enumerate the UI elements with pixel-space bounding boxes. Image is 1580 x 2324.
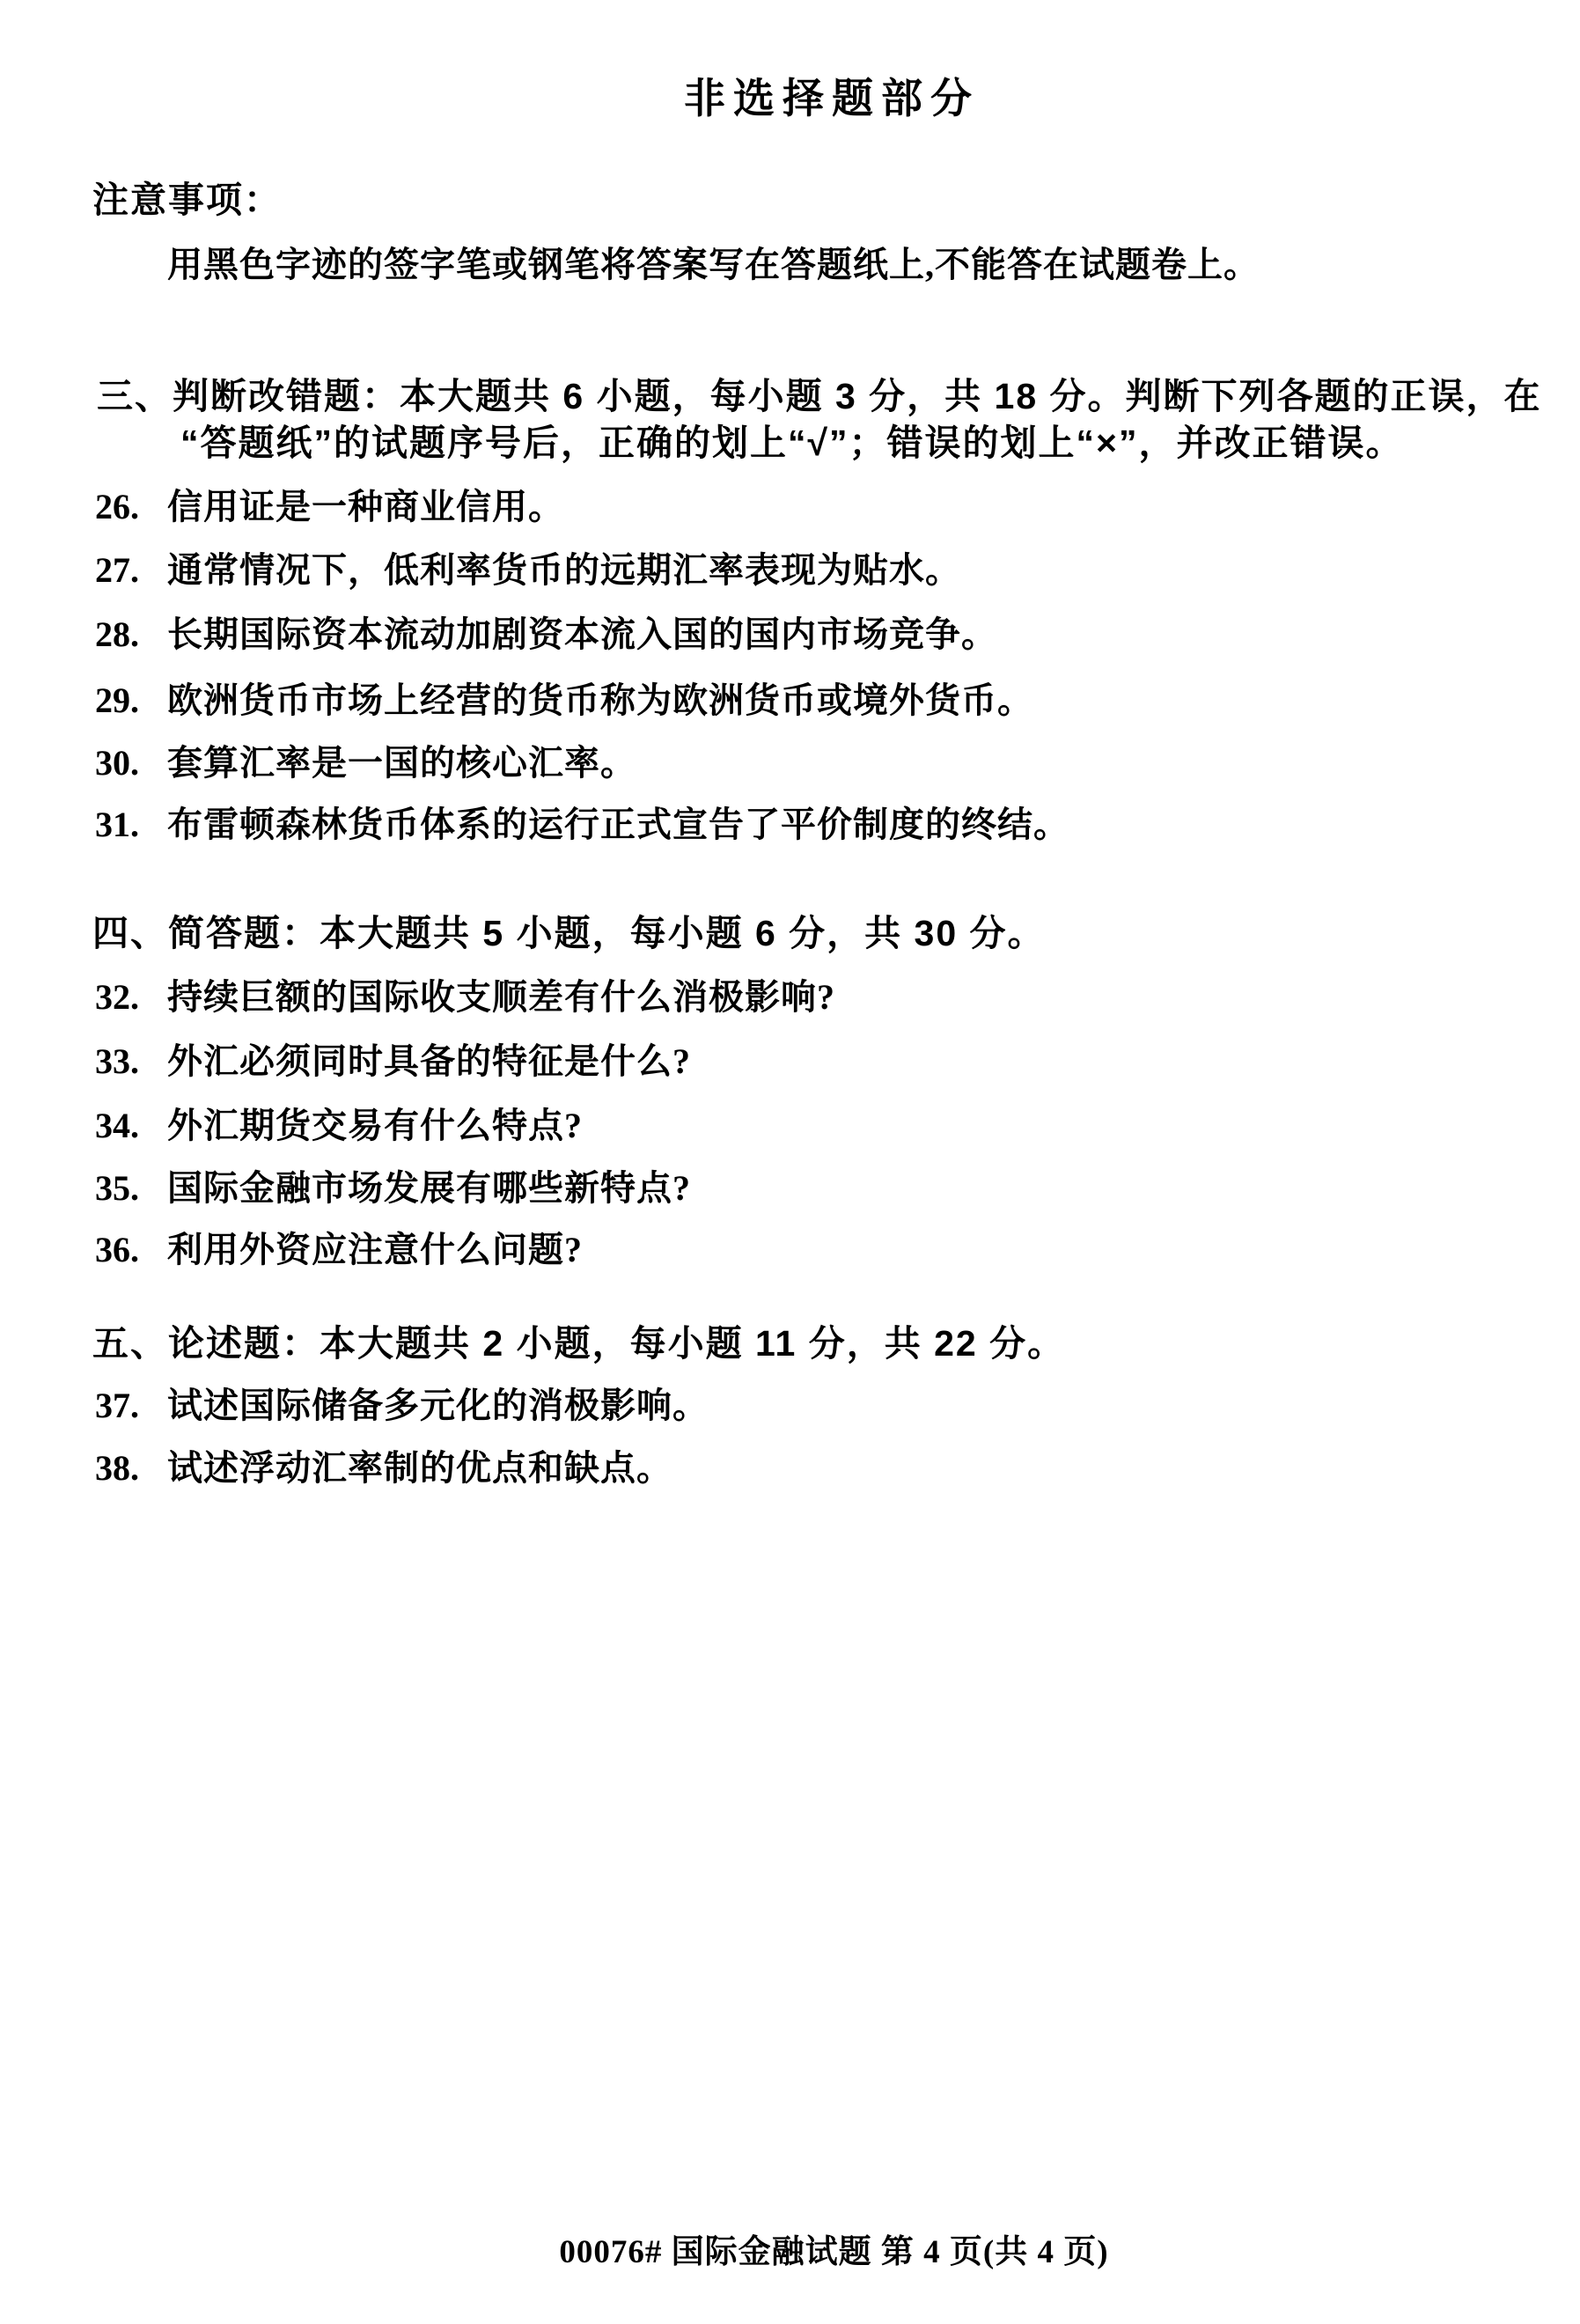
question-text: 试述国际储备多元化的消极影响。: [167, 1386, 709, 1425]
question-row: 26.信用证是一种商业信用。: [95, 489, 564, 525]
question-text: 利用外资应注意什么问题?: [167, 1230, 583, 1269]
question-text: 通常情况下，低利率货币的远期汇率表现为贴水。: [167, 550, 961, 590]
question-row: 27.通常情况下，低利率货币的远期汇率表现为贴水。: [95, 553, 961, 588]
question-row: 30.套算汇率是一国的核心汇率。: [95, 746, 636, 781]
question-row: 33.外汇必须同时具备的特征是什么?: [95, 1044, 691, 1079]
notice-text: 用黑色字迹的签字笔或钢笔将答案写在答题纸上,不能答在试题卷上。: [167, 247, 1260, 283]
question-number: 38.: [95, 1451, 167, 1486]
question-row: 35.国际金融市场发展有哪些新特点?: [95, 1171, 691, 1206]
question-row: 32.持续巨额的国际收支顺差有什么消极影响?: [95, 980, 835, 1015]
question-text: 国际金融市场发展有哪些新特点?: [167, 1168, 691, 1208]
question-row: 36.利用外资应注意什么问题?: [95, 1232, 583, 1268]
section-5-heading: 五、论述题：本大题共 2 小题，每小题 11 分，共 22 分。: [92, 1326, 1065, 1362]
question-number: 27.: [95, 553, 167, 588]
question-number: 31.: [95, 807, 167, 842]
question-row: 31.布雷顿森林货币体系的运行正式宣告了平价制度的终结。: [95, 807, 1069, 842]
question-row: 38.试述浮动汇率制的优点和缺点。: [95, 1451, 672, 1486]
exam-paper-page: 非选择题部分 注意事项： 用黑色字迹的签字笔或钢笔将答案写在答题纸上,不能答在试…: [0, 0, 1580, 2324]
notice-label: 注意事项：: [92, 182, 282, 218]
section-3-heading-line-2: “答题纸”的试题序号后，正确的划上“√”；错误的划上“×”，并改正错误。: [180, 425, 1403, 461]
question-text: 持续巨额的国际收支顺差有什么消极影响?: [167, 977, 835, 1017]
page-title: 非选择题部分: [684, 77, 980, 119]
question-row: 34.外汇期货交易有什么特点?: [95, 1108, 583, 1144]
question-number: 29.: [95, 683, 167, 718]
section-4-heading: 四、简答题：本大题共 5 小题，每小题 6 分，共 30 分。: [92, 916, 1046, 952]
question-number: 34.: [95, 1108, 167, 1144]
question-row: 29.欧洲货币市场上经营的货币称为欧洲货币或境外货币。: [95, 683, 1033, 718]
question-number: 37.: [95, 1388, 167, 1423]
question-number: 33.: [95, 1044, 167, 1079]
question-number: 32.: [95, 980, 167, 1015]
question-text: 欧洲货币市场上经营的货币称为欧洲货币或境外货币。: [167, 680, 1033, 720]
question-text: 套算汇率是一国的核心汇率。: [167, 743, 636, 783]
question-number: 30.: [95, 746, 167, 781]
question-text: 信用证是一种商业信用。: [167, 487, 564, 526]
question-text: 外汇必须同时具备的特征是什么?: [167, 1041, 691, 1081]
question-number: 26.: [95, 489, 167, 525]
question-row: 28.长期国际资本流动加剧资本流入国的国内市场竞争。: [95, 617, 997, 652]
section-3-heading-line-1: 三、判断改错题：本大题共 6 小题，每小题 3 分，共 18 分。判断下列各题的…: [97, 379, 1542, 415]
question-text: 试述浮动汇率制的优点和缺点。: [167, 1448, 672, 1488]
question-text: 布雷顿森林货币体系的运行正式宣告了平价制度的终结。: [167, 805, 1069, 844]
page-footer: 00076# 国际金融试题 第 4 页(共 4 页): [0, 2236, 1580, 2269]
question-number: 35.: [95, 1171, 167, 1206]
question-number: 28.: [95, 617, 167, 652]
question-number: 36.: [95, 1232, 167, 1268]
question-text: 长期国际资本流动加剧资本流入国的国内市场竞争。: [167, 614, 997, 654]
question-text: 外汇期货交易有什么特点?: [167, 1106, 583, 1145]
question-row: 37.试述国际储备多元化的消极影响。: [95, 1388, 709, 1423]
